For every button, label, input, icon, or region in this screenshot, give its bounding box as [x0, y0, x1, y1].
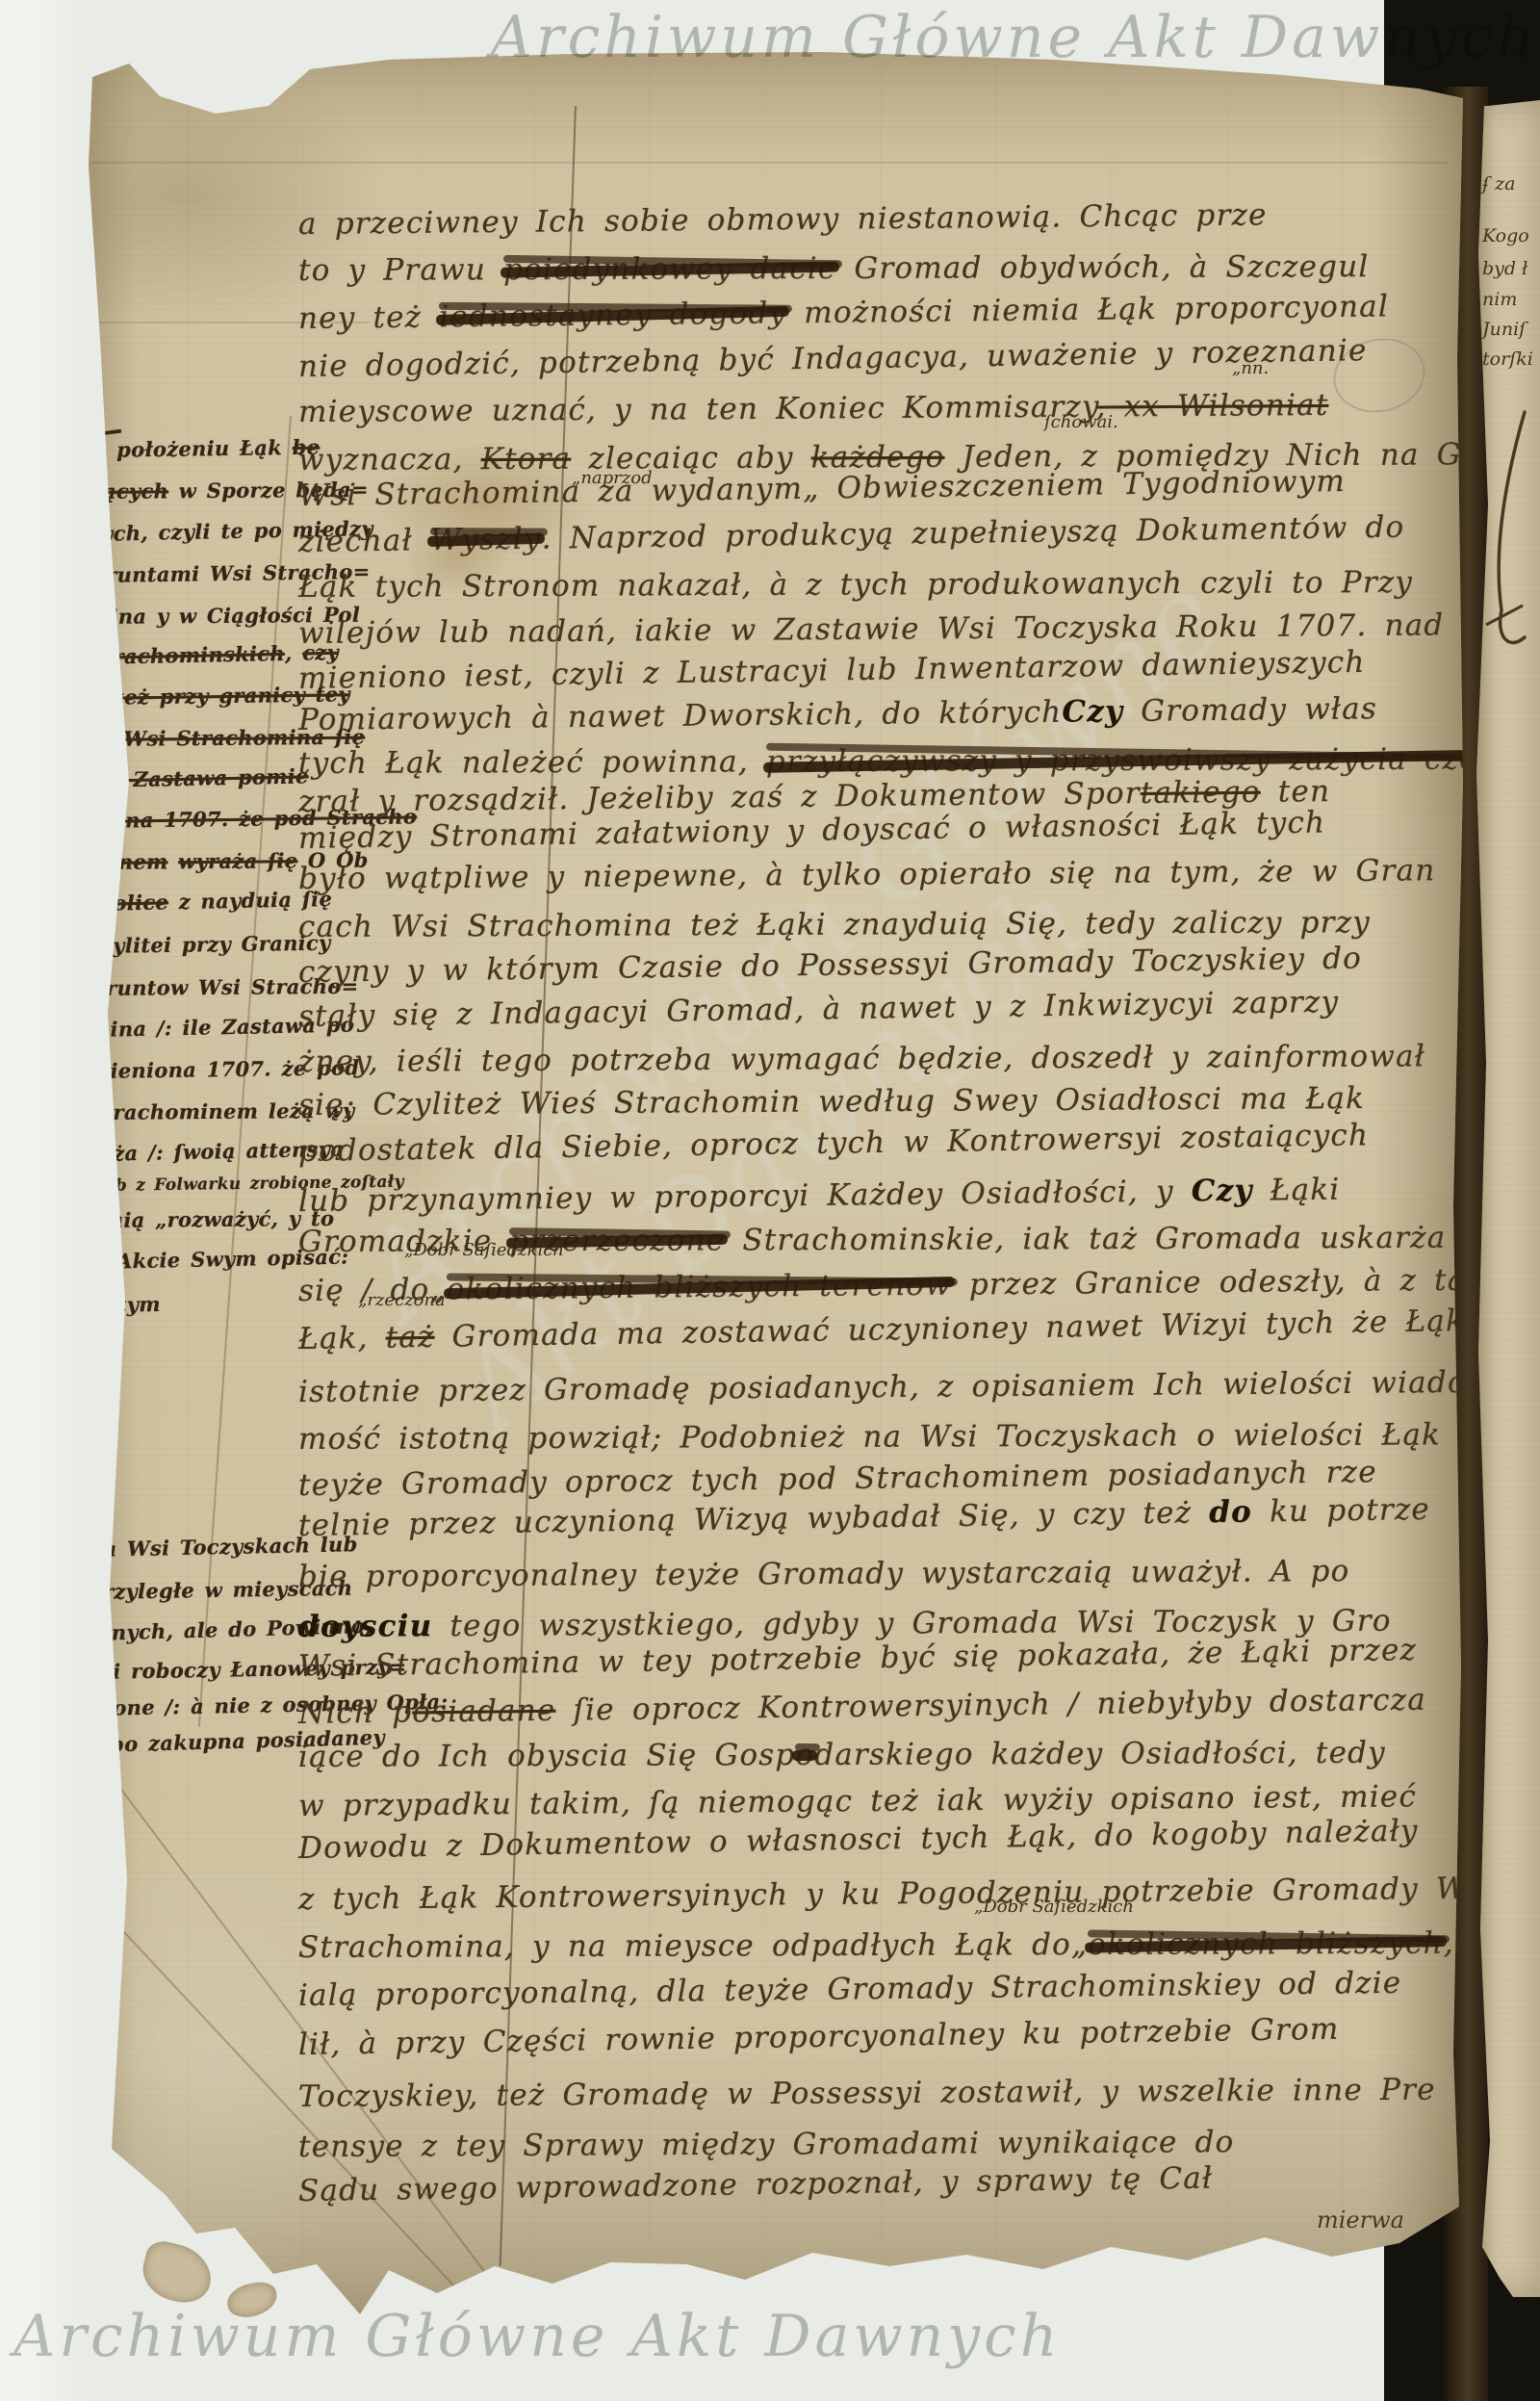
manuscript-line: wilejów lub nadań, iakie w Zastawie Wsi …	[298, 607, 1445, 651]
ink-correction: Czy	[1062, 694, 1123, 730]
margin-note-line: też Zastawa pomie	[89, 763, 309, 792]
ink-correction: Czy	[1192, 1174, 1253, 1209]
manuscript-line: stały się z Indagacyi Gromad, à nawet y …	[298, 985, 1340, 1034]
manuscript-line: mieniono iest, czyli z Lustracyi lub Inw…	[298, 645, 1366, 696]
ink-correction: doysciu	[298, 1609, 433, 1644]
blotted-out-text: poiedynkowey dacie	[503, 251, 836, 287]
manuscript-line: ziechał Wyszły. Naprzod produkcyą zupełn…	[298, 510, 1405, 559]
adjacent-page-text-fragment: Juniſ	[1482, 319, 1526, 340]
manuscript-line: lił, à przy Części rownie proporcyonalne…	[298, 2012, 1340, 2062]
manuscript-line: Łąk, taż Gromada ma zostawać uczynioney …	[298, 1304, 1463, 1356]
manuscript-line: mość istotną powziął; Podobnież na Wsi T…	[298, 1417, 1441, 1457]
margin-note-line: czylitei przy Granicy	[89, 931, 331, 958]
blotted-out-text: przyłączywszy y przyswoiwszy zażycia czę…	[766, 742, 1463, 780]
ink-correction: do	[1209, 1495, 1252, 1531]
manuscript-line: żney, ieśli tego potrzeba wymagać będzie…	[298, 1039, 1425, 1079]
margin-note-line: Stolice z nayduią ſię	[89, 887, 333, 916]
crossed-out-text: minem	[89, 849, 168, 874]
scanned-archive-image: { "watermarks": { "top": "Archiwum Główn…	[0, 0, 1540, 2401]
adjacent-page-text-fragment: Kogo	[1482, 225, 1529, 246]
archive-watermark-top: Archiwum Główne Akt Dawnych	[491, 4, 1538, 71]
adjacent-page-text-fragment: ʄ za	[1482, 173, 1515, 194]
manuscript-line: Pomiarowych à nawet Dworskich, do któryc…	[298, 691, 1377, 737]
interlinear-insertion: ſchowai.	[1044, 412, 1118, 432]
manuscript-line: tensye z tey Sprawy między Gromadami wyn…	[298, 2125, 1235, 2164]
manuscript-line: Strachomina, y na mieysce odpadłych Łąk …	[298, 1925, 1463, 1965]
crossed-out-text: takiego	[1141, 775, 1261, 811]
manuscript-line: lub przynaymniey w proporcyi Każdey Osia…	[298, 1173, 1341, 1219]
manuscript-page: Archiwum Główne Akt Dawnych O położeniu …	[71, 50, 1463, 2318]
crossed-out-text: , xx Wilsoniat	[1095, 388, 1328, 425]
catchword: mierwa	[1317, 2207, 1404, 2233]
pen-flourish	[1480, 408, 1534, 668]
blotted-out-text: o	[795, 1738, 814, 1772]
crossed-out-text: dących	[89, 478, 168, 503]
adjacent-page-text-fragment: byd ł	[1482, 258, 1527, 279]
margin-note-line: Potym	[89, 1292, 161, 1317]
manuscript-line: Sądu swego wprowadzone rozpoznał, y spra…	[298, 2161, 1214, 2208]
crossed-out-text: wyraża ſię	[178, 848, 297, 873]
manuscript-line: a przeciwney Ich sobie obmowy niestanowi…	[298, 197, 1268, 242]
blotted-out-text: okolicznych bliższych	[1088, 1926, 1444, 1962]
manuscript-line: z tych Łąk Kontrowersyinych y ku Pogodze…	[298, 1872, 1463, 1917]
manuscript-line: Toczyskiey, też Gromadę w Possessyi zost…	[298, 2073, 1436, 2114]
blotted-out-text: Wyszły	[430, 522, 542, 558]
manuscript-line: się / do„okolicznych bliższych terenow p…	[298, 1260, 1463, 1308]
manuscript-line: iące do Ich obyscia Się Gospodarskiego k…	[298, 1736, 1386, 1774]
manuscript-line: to y Prawu poiedynkowey dacie Gromad oby…	[298, 249, 1370, 288]
manuscript-line: ialą proporcyonalną, dla teyże Gromady S…	[298, 1966, 1402, 2013]
blotted-out-text: okolicznych bliższych terenow	[447, 1268, 952, 1307]
main-text-block: a przeciwney Ich sobie obmowy niestanowi…	[298, 50, 1463, 2318]
interlinear-insertion: „nn.	[1232, 358, 1269, 378]
crossed-out-text: osiadane	[412, 1693, 556, 1730]
manuscript-line: Nich posiadane ſie oprocz Kontrowersyiny…	[298, 1683, 1426, 1731]
crossed-out-text: taż	[385, 1320, 434, 1355]
manuscript-line: mieyscowe uznać, y na ten Koniec Kommisa…	[298, 388, 1329, 429]
adjacent-page-text-fragment: torſki	[1482, 349, 1533, 370]
crossed-out-text: Ktora	[481, 442, 572, 477]
crossed-out-text: Stolice	[89, 890, 169, 916]
crossed-out-text: Strachominskich	[89, 641, 285, 669]
paper-shard	[137, 2237, 218, 2309]
interlinear-insertion: „Dobr Saſiedzkich	[974, 1897, 1134, 1917]
manuscript-line: nie dogodzić, potrzebną być Indagacya, u…	[298, 333, 1368, 384]
interlinear-insertion: „rzeczona	[358, 1290, 446, 1310]
manuscript-line: ney też iednostayney dogody możności nie…	[298, 289, 1389, 336]
margin-note-line: O położeniu Łąk bę	[89, 435, 321, 462]
interlinear-insertion: „naprzod	[572, 468, 653, 488]
manuscript-line: czyny y w którym Czasie do Possessyi Gro…	[298, 941, 1363, 990]
blotted-out-text: iednostayney dogody	[439, 296, 786, 334]
manuscript-line: podostatek dla Siebie, oprocz tych w Kon…	[298, 1118, 1370, 1169]
manuscript-line: istotnie przez Gromadę posiadanych, z op…	[298, 1365, 1463, 1409]
interlinear-insertion: „Dóbr Saſiedzkich	[404, 1240, 564, 1260]
archive-watermark-bottom: Archiwum Główne Akt Dawnych	[13, 2303, 1061, 2370]
manuscript-line: było wątpliwe y niepewne, à tylko opiera…	[298, 853, 1436, 896]
adjacent-page-text-fragment: nim	[1482, 289, 1517, 310]
crossed-out-text: też Zastawa pomie	[89, 763, 309, 792]
manuscript-line: się; Czyliteż Wieś Strachomin według Swe…	[298, 1081, 1365, 1123]
manuscript-line: bie proporcyonalney teyże Gromady wystar…	[298, 1554, 1350, 1594]
catchword-underline-flourish	[1251, 2247, 1405, 2282]
manuscript-line: cach Wsi Strachomina też Łąki znayduią S…	[298, 905, 1371, 944]
manuscript-line: Łąk tych Stronom nakazał, à z tych produ…	[298, 565, 1413, 605]
